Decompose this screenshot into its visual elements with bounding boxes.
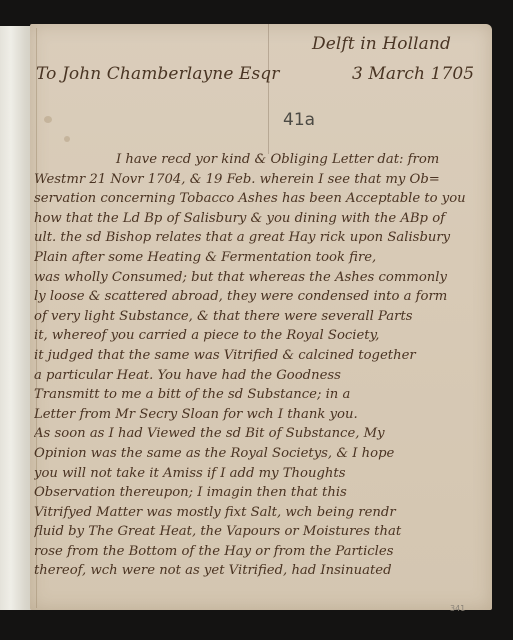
letter-place: Delft in Holland: [312, 34, 451, 54]
body-line: fluid by The Great Heat, the Vapours or …: [34, 522, 494, 542]
body-line: Transmitt to me a bitt of the sd Substan…: [34, 385, 494, 405]
letter-body: I have recd yor kind & Obliging Letter d…: [34, 150, 494, 581]
body-line: Opinion was the same as the Royal Societ…: [34, 444, 494, 464]
body-line: rose from the Bottom of the Hay or from …: [34, 542, 494, 562]
body-line: As soon as I had Viewed the sd Bit of Su…: [34, 424, 494, 444]
body-line: how that the Ld Bp of Salisbury & you di…: [34, 209, 494, 229]
ink-stain: [64, 136, 70, 142]
body-line: ly loose & scattered abroad, they were c…: [34, 287, 494, 307]
archive-number: 341: [450, 604, 465, 613]
body-line: Observation thereupon; I imagin then tha…: [34, 483, 494, 503]
body-line: a particular Heat. You have had the Good…: [34, 366, 494, 386]
body-line: of very light Substance, & that there we…: [34, 307, 494, 327]
letter-addressee: To John Chamberlayne Esqr: [36, 64, 280, 84]
body-line: it judged that the same was Vitrified & …: [34, 346, 494, 366]
body-line: ult. the sd Bishop relates that a great …: [34, 228, 494, 248]
body-line: Westmr 21 Novr 1704, & 19 Feb. wherein I…: [34, 170, 494, 190]
fold-crease: [268, 24, 269, 154]
letter-date: 3 March 1705: [352, 64, 474, 84]
body-line: you will not take it Amiss if I add my T…: [34, 464, 494, 484]
body-line: Plain after some Heating & Fermentation …: [34, 248, 494, 268]
scan-frame: Delft in Holland 3 March 1705 To John Ch…: [0, 0, 513, 640]
body-line: it, whereof you carried a piece to the R…: [34, 326, 494, 346]
folio-mark: 41a: [283, 110, 315, 130]
ink-stain: [44, 116, 52, 123]
body-line: thereof, wch were not as yet Vitrified, …: [34, 561, 494, 581]
body-line: I have recd yor kind & Obliging Letter d…: [34, 150, 494, 170]
body-line: Letter from Mr Secry Sloan for wch I tha…: [34, 405, 494, 425]
body-line: was wholly Consumed; but that whereas th…: [34, 268, 494, 288]
body-line: Vitrifyed Matter was mostly fixt Salt, w…: [34, 503, 494, 523]
body-line: servation concerning Tobacco Ashes has b…: [34, 189, 494, 209]
